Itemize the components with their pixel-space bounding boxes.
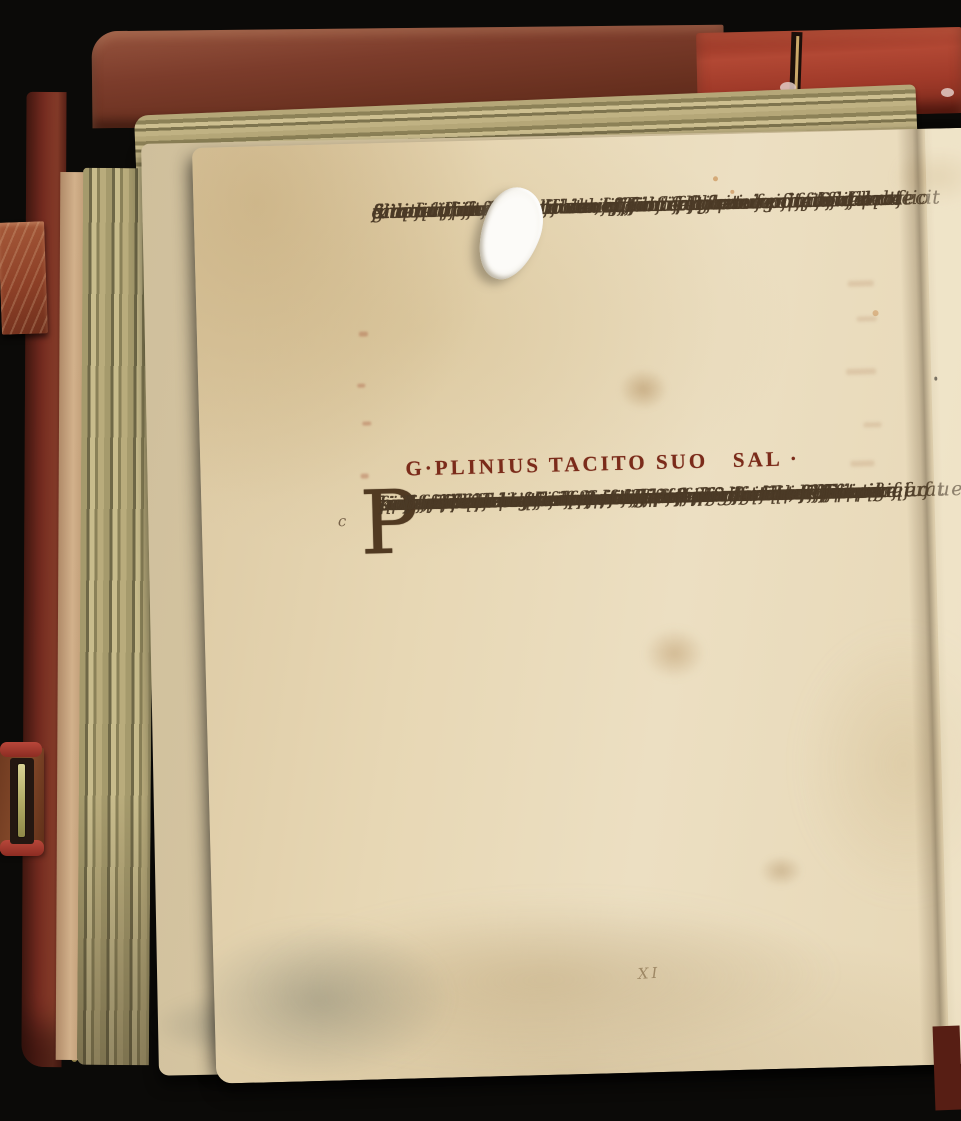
strap-rolled-edge [0, 742, 42, 757]
show-through-mark [857, 316, 877, 322]
show-through-mark [863, 422, 881, 427]
show-through-mark [846, 368, 876, 375]
parchment-hole [467, 180, 554, 288]
show-through-mark [359, 331, 368, 336]
binding-corner-bottom-right [933, 1026, 961, 1111]
stain [759, 854, 804, 887]
show-through-mark [848, 280, 874, 287]
clasp-pin [17, 763, 26, 838]
clasp-strap-upper [0, 221, 48, 335]
margin-mark: c [338, 512, 347, 530]
manuscript-page: dicere priſce iubeſ adhoc uolenuſ priſcu… [192, 127, 961, 1083]
rubric-heading: G·PLINIUS TACITO SUO SAL · [405, 446, 800, 481]
show-through-mark [362, 421, 371, 425]
quire-mark: XI [637, 964, 661, 983]
text-block-letter: ETIS vt tibi auunculi mei exitum ſcribam… [379, 481, 939, 496]
wear-spot [941, 88, 954, 97]
ink-speck [713, 176, 718, 181]
manuscript-line: apparere nubem inuſitatam & magnitudine … [379, 481, 931, 523]
stain [618, 368, 669, 411]
text-block-previous-letter: dicere priſce iubeſ adhoc uolenuſ priſcu… [372, 189, 932, 204]
show-through-mark [357, 384, 365, 388]
book-photo: dicere priſce iubeſ adhoc uolenuſ priſcu… [0, 0, 961, 1121]
stain [643, 627, 706, 681]
show-through-mark [850, 460, 874, 467]
